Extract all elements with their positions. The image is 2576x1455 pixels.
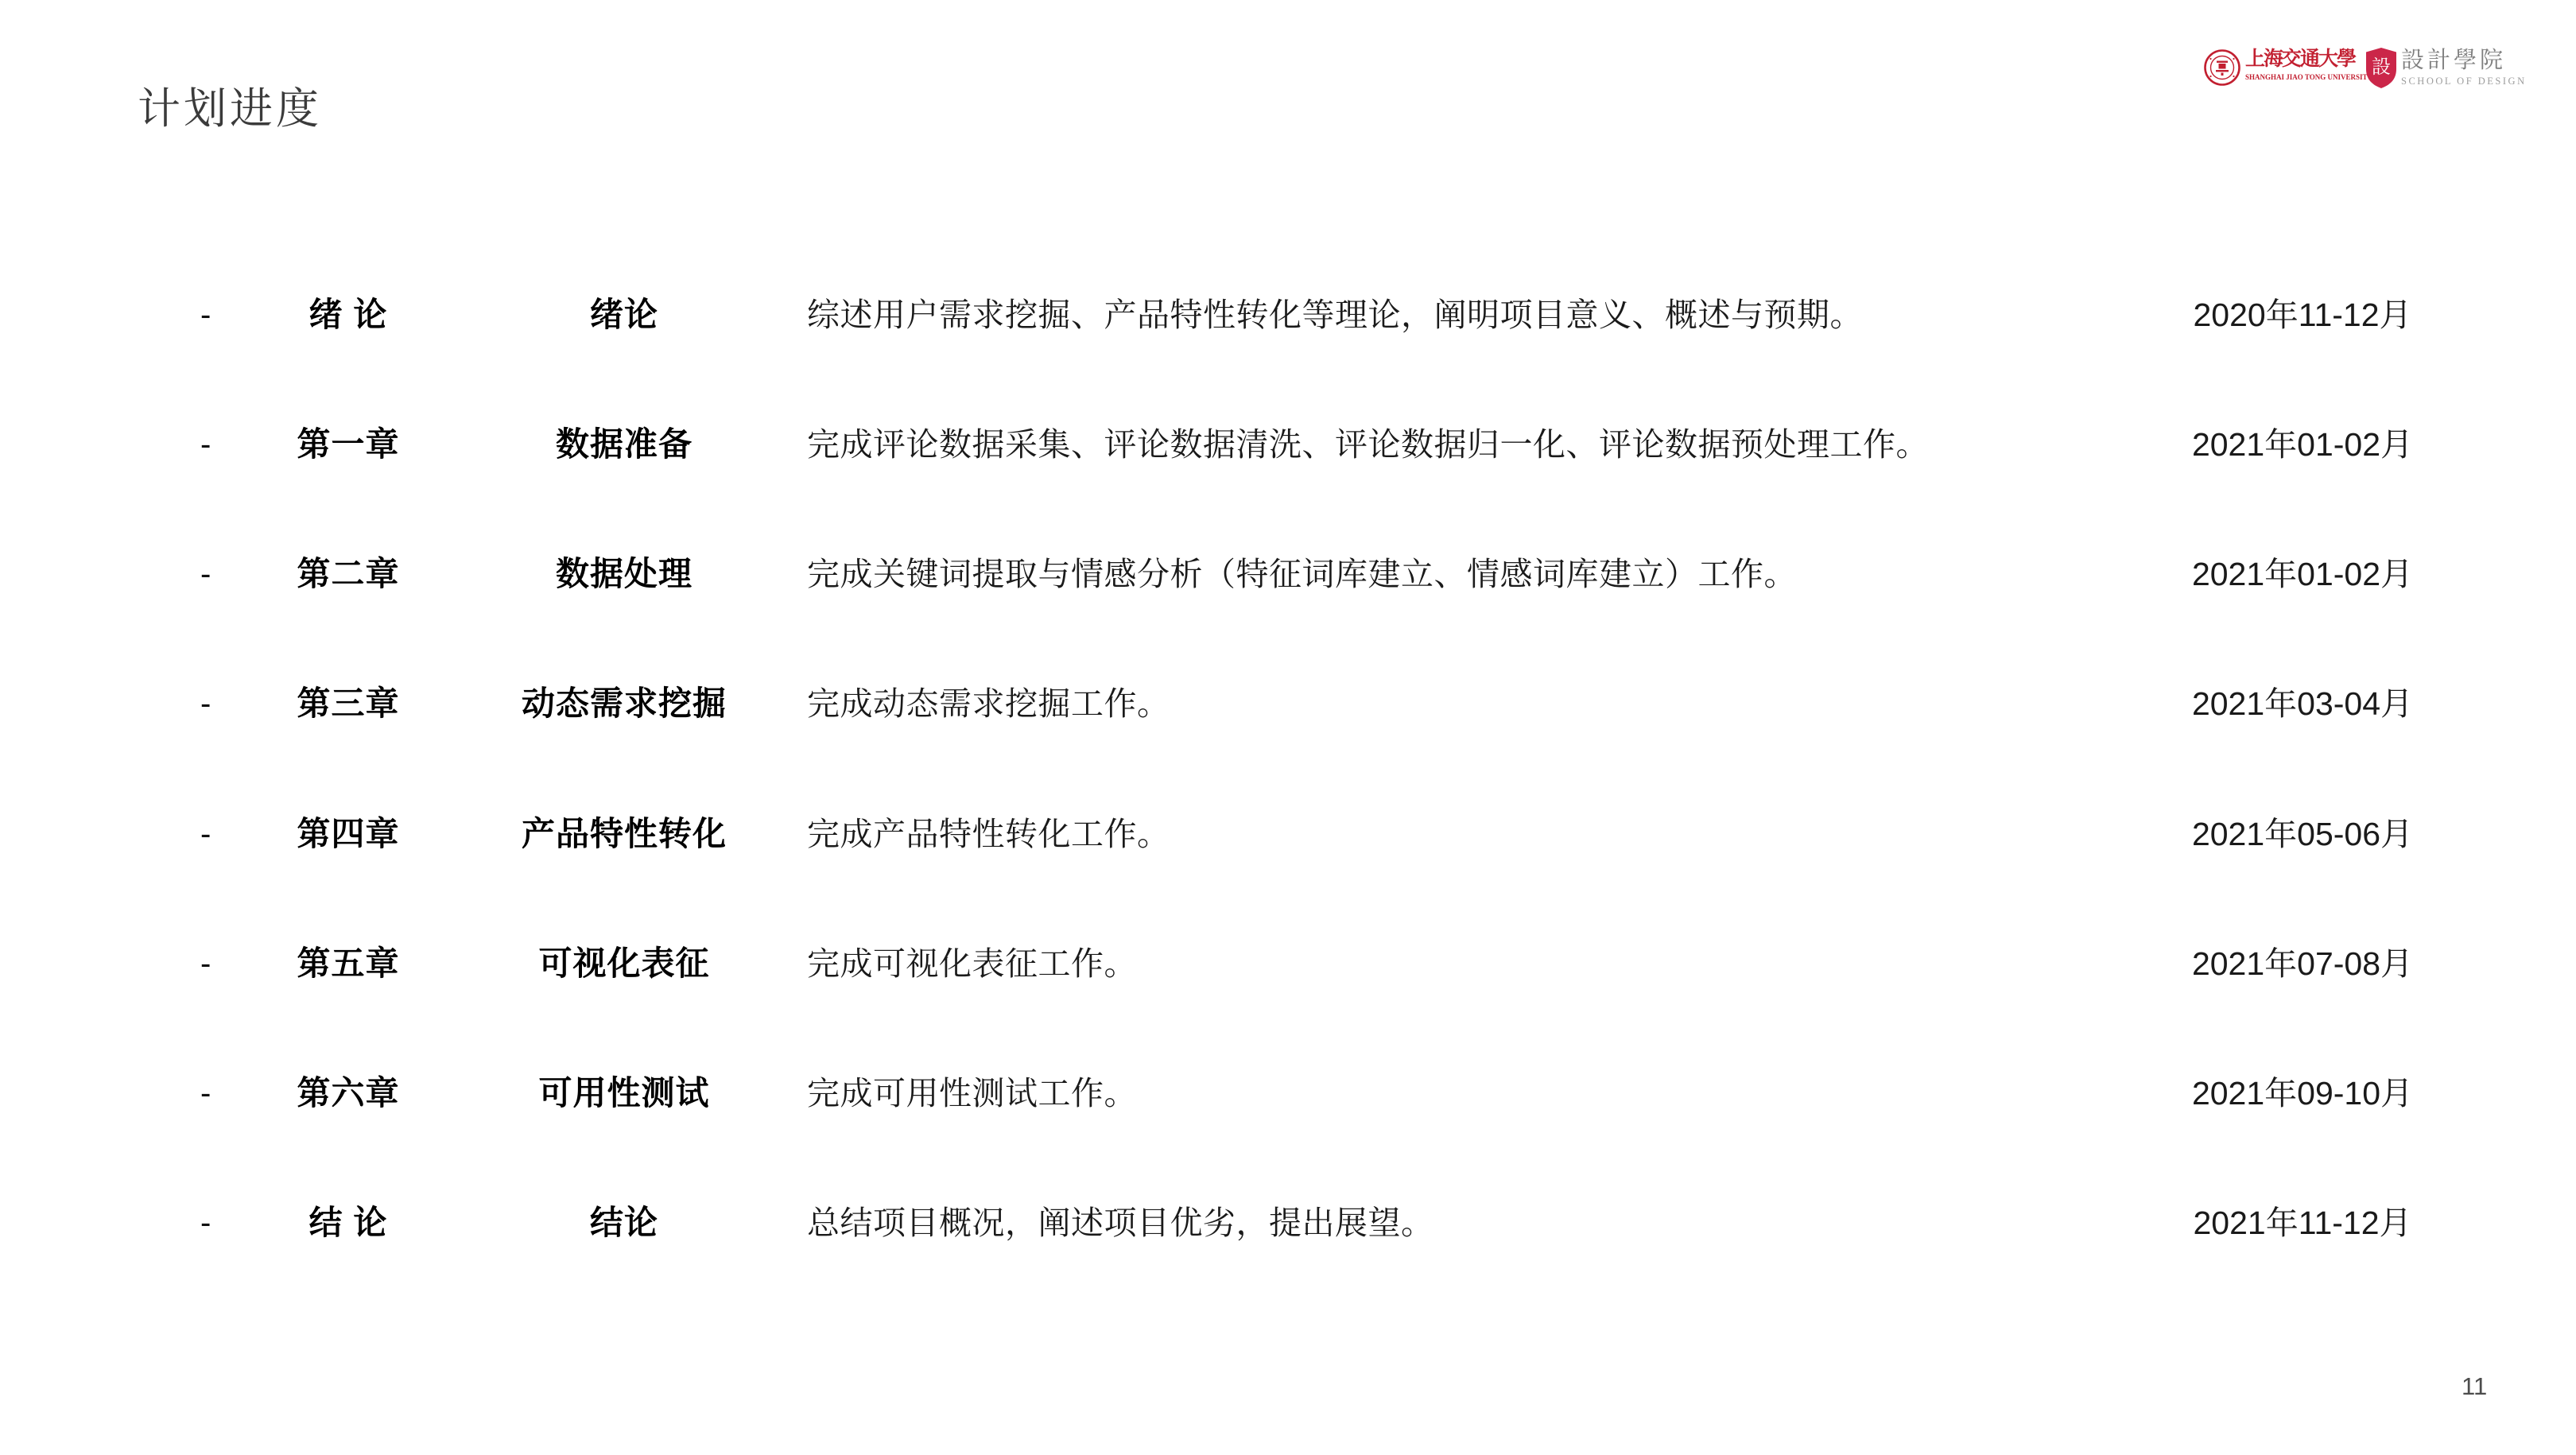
row-dash: - [200, 289, 232, 340]
row-dash: - [200, 419, 232, 470]
table-row: - 第五章 可视化表征 完成可视化表征工作。 2021年07-08月 [0, 938, 2576, 989]
row-chapter: 绪 论 [253, 289, 444, 340]
page-title: 计划进度 [138, 75, 322, 136]
row-date: 2021年09-10月 [2167, 1068, 2438, 1119]
row-topic: 可视化表征 [487, 938, 762, 989]
design-school-chinese-name: 設計學院 [2401, 46, 2520, 75]
row-topic: 数据准备 [487, 419, 762, 470]
row-chapter: 第六章 [253, 1068, 444, 1119]
row-chapter: 第一章 [253, 419, 444, 470]
design-school-english-name: SCHOOL OF DESIGN [2401, 76, 2520, 87]
row-dash: - [200, 549, 232, 599]
row-topic: 绪论 [487, 289, 762, 340]
row-chapter: 第五章 [253, 938, 444, 989]
row-chapter: 第四章 [253, 809, 444, 859]
sjtu-english-name: SHANGHAI JIAO TONG UNIVERSITY [2245, 73, 2357, 81]
row-description: 完成产品特性转化工作。 [807, 809, 2174, 859]
row-chapter: 第三章 [253, 678, 444, 729]
page-number: 11 [2462, 1372, 2487, 1401]
sjtu-chinese-name: 上海交通大學 [2245, 48, 2357, 72]
row-date: 2021年01-02月 [2167, 419, 2438, 470]
row-date: 2021年05-06月 [2167, 809, 2438, 859]
row-description: 完成动态需求挖掘工作。 [807, 678, 2174, 729]
header-logo-group: 上海交通大學 SHANGHAI JIAO TONG UNIVERSITY 設 設… [2202, 45, 2520, 100]
table-row: - 第一章 数据准备 完成评论数据采集、评论数据清洗、评论数据归一化、评论数据预… [0, 419, 2576, 470]
row-date: 2021年07-08月 [2167, 938, 2438, 989]
row-description: 总结项目概况，阐述项目优劣，提出展望。 [807, 1197, 2174, 1248]
table-row: - 结 论 结论 总结项目概况，阐述项目优劣，提出展望。 2021年11-12月 [0, 1197, 2576, 1248]
table-row: - 第六章 可用性测试 完成可用性测试工作。 2021年09-10月 [0, 1068, 2576, 1119]
row-description: 综述用户需求挖掘、产品特性转化等理论，阐明项目意义、概述与预期。 [807, 289, 2174, 340]
row-date: 2021年03-04月 [2167, 678, 2438, 729]
row-dash: - [200, 809, 232, 859]
row-description: 完成评论数据采集、评论数据清洗、评论数据归一化、评论数据预处理工作。 [807, 419, 2174, 470]
table-row: - 第四章 产品特性转化 完成产品特性转化工作。 2021年05-06月 [0, 809, 2576, 859]
row-chapter: 结 论 [253, 1197, 444, 1248]
table-row: - 第三章 动态需求挖掘 完成动态需求挖掘工作。 2021年03-04月 [0, 678, 2576, 729]
row-topic: 可用性测试 [487, 1068, 762, 1119]
row-dash: - [200, 1197, 232, 1248]
row-dash: - [200, 678, 232, 729]
row-description: 完成可视化表征工作。 [807, 938, 2174, 989]
slide: 计划进度 上海交通大學 SHANGHAI JIAO TONG UNIVERSIT… [0, 0, 2576, 1455]
row-topic: 产品特性转化 [487, 809, 762, 859]
row-description: 完成可用性测试工作。 [807, 1068, 2174, 1119]
row-topic: 结论 [487, 1197, 762, 1248]
row-topic: 数据处理 [487, 549, 762, 599]
row-topic: 动态需求挖掘 [487, 678, 762, 729]
row-date: 2020年11-12月 [2167, 289, 2438, 340]
row-chapter: 第二章 [253, 549, 444, 599]
row-description: 完成关键词提取与情感分析（特征词库建立、情感词库建立）工作。 [807, 549, 2174, 599]
design-shield-glyph: 設 [2366, 51, 2396, 84]
row-dash: - [200, 938, 232, 989]
sjtu-seal-icon [2204, 49, 2240, 86]
sjtu-logo-text: 上海交通大學 SHANGHAI JIAO TONG UNIVERSITY [2245, 48, 2357, 81]
table-row: - 第二章 数据处理 完成关键词提取与情感分析（特征词库建立、情感词库建立）工作… [0, 549, 2576, 599]
table-row: - 绪 论 绪论 综述用户需求挖掘、产品特性转化等理论，阐明项目意义、概述与预期… [0, 289, 2576, 340]
row-date: 2021年11-12月 [2167, 1197, 2438, 1248]
row-dash: - [200, 1068, 232, 1119]
row-date: 2021年01-02月 [2167, 549, 2438, 599]
design-school-logo-text: 設計學院 SCHOOL OF DESIGN [2401, 46, 2520, 87]
